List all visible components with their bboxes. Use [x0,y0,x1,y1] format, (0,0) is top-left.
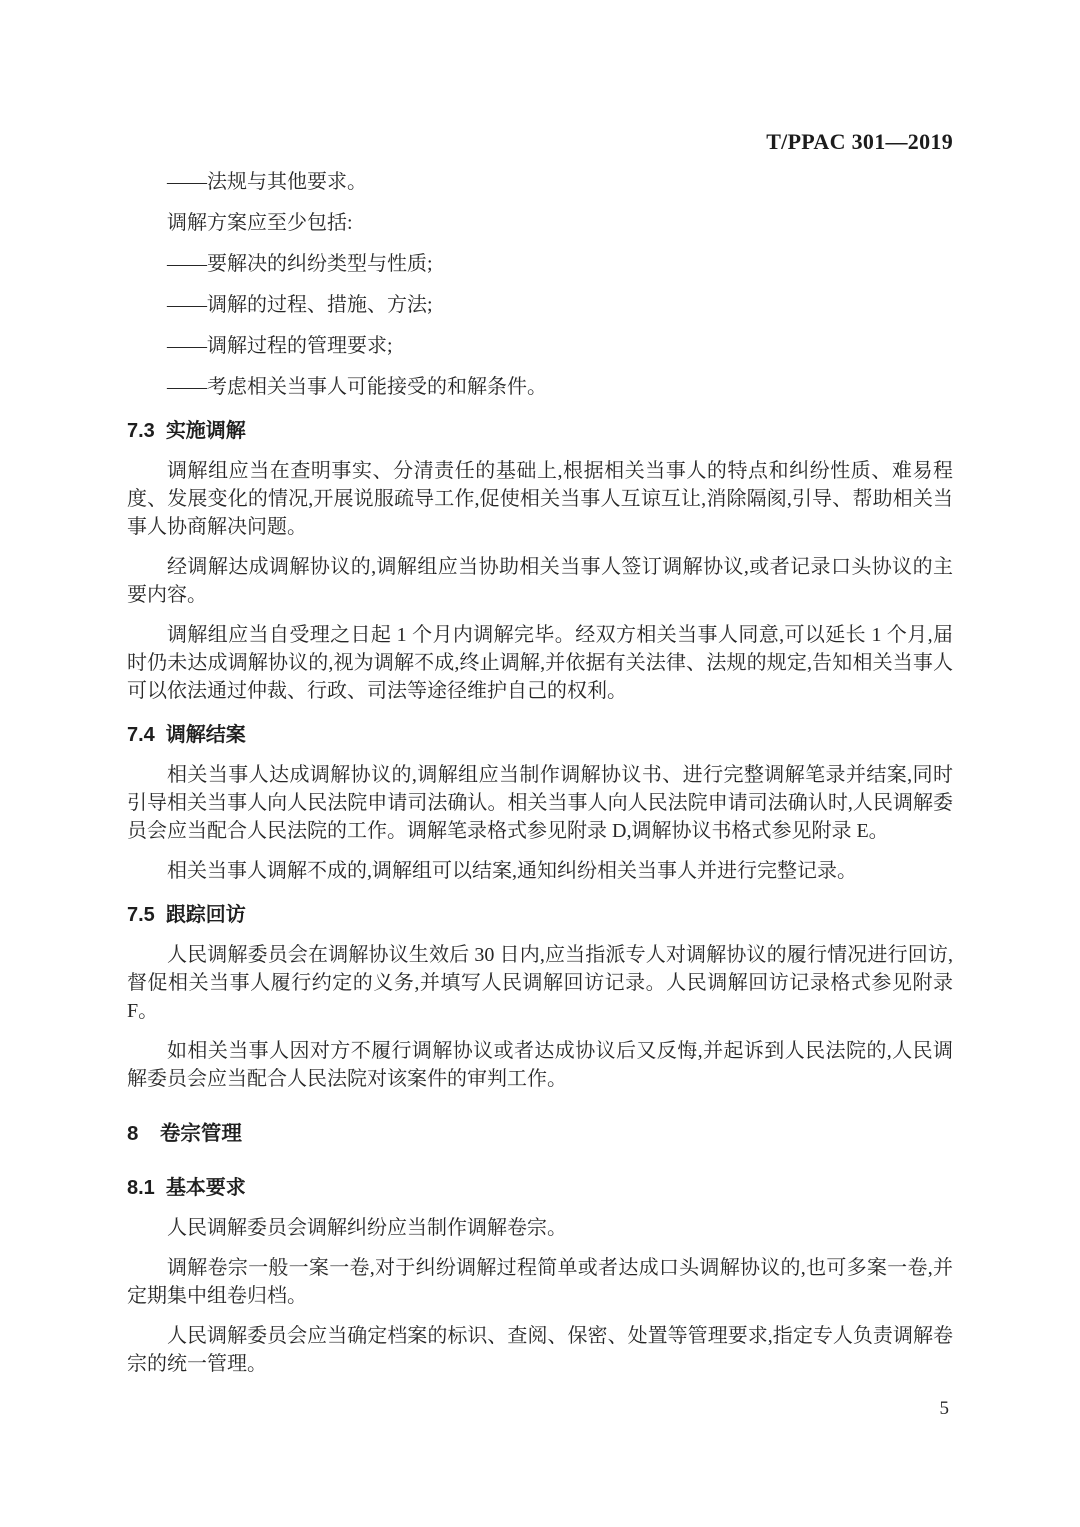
section-title: 实施调解 [166,420,246,442]
paragraph: 相关当事人调解不成的,调解组可以结案,通知纠纷相关当事人并进行完整记录。 [127,857,953,885]
dash-list-item: ——要解决的纠纷类型与性质; [127,250,953,278]
section-heading-8-1: 8.1基本要求 [127,1174,953,1202]
section-number: 7.3 [127,420,155,442]
dash-list-item: ——调解的过程、措施、方法; [127,291,953,319]
section-number: 8.1 [127,1177,155,1199]
paragraph: 如相关当事人因对方不履行调解协议或者达成协议后又反悔,并起诉到人民法院的,人民调… [127,1037,953,1093]
section-heading-7-4: 7.4调解结案 [127,721,953,749]
list-lead-line: 调解方案应至少包括: [127,209,953,237]
paragraph: 人民调解委员会应当确定档案的标识、查阅、保密、处置等管理要求,指定专人负责调解卷… [127,1322,953,1378]
dash-list-item: ——考虑相关当事人可能接受的和解条件。 [127,373,953,401]
section-number: 7.4 [127,724,155,746]
document-page: T/PPAC 301—2019 ——法规与其他要求。 调解方案应至少包括: ——… [0,0,1080,1527]
paragraph: 调解组应当自受理之日起 1 个月内调解完毕。经双方相关当事人同意,可以延长 1 … [127,621,953,705]
section-heading-7-5: 7.5跟踪回访 [127,901,953,929]
chapter-number: 8 [127,1122,138,1145]
dash-list-item: ——调解过程的管理要求; [127,332,953,360]
document-body: ——法规与其他要求。 调解方案应至少包括: ——要解决的纠纷类型与性质; ——调… [127,168,953,1378]
section-title: 跟踪回访 [166,904,246,926]
section-number: 7.5 [127,904,155,926]
document-code-header: T/PPAC 301—2019 [127,0,953,155]
paragraph: 调解卷宗一般一案一卷,对于纠纷调解过程简单或者达成口头调解协议的,也可多案一卷,… [127,1254,953,1310]
chapter-title: 卷宗管理 [160,1122,242,1145]
paragraph: 人民调解委员会在调解协议生效后 30 日内,应当指派专人对调解协议的履行情况进行… [127,941,953,1025]
paragraph: 调解组应当在查明事实、分清责任的基础上,根据相关当事人的特点和纠纷性质、难易程度… [127,457,953,541]
section-title: 调解结案 [166,724,246,746]
paragraph: 人民调解委员会调解纠纷应当制作调解卷宗。 [127,1214,953,1242]
paragraph: 相关当事人达成调解协议的,调解组应当制作调解协议书、进行完整调解笔录并结案,同时… [127,761,953,845]
chapter-heading-8: 8卷宗管理 [127,1120,953,1148]
section-title: 基本要求 [166,1177,246,1199]
page-number: 5 [940,1398,950,1420]
section-heading-7-3: 7.3实施调解 [127,417,953,445]
dash-list-item: ——法规与其他要求。 [127,168,953,196]
paragraph: 经调解达成调解协议的,调解组应当协助相关当事人签订调解协议,或者记录口头协议的主… [127,553,953,609]
